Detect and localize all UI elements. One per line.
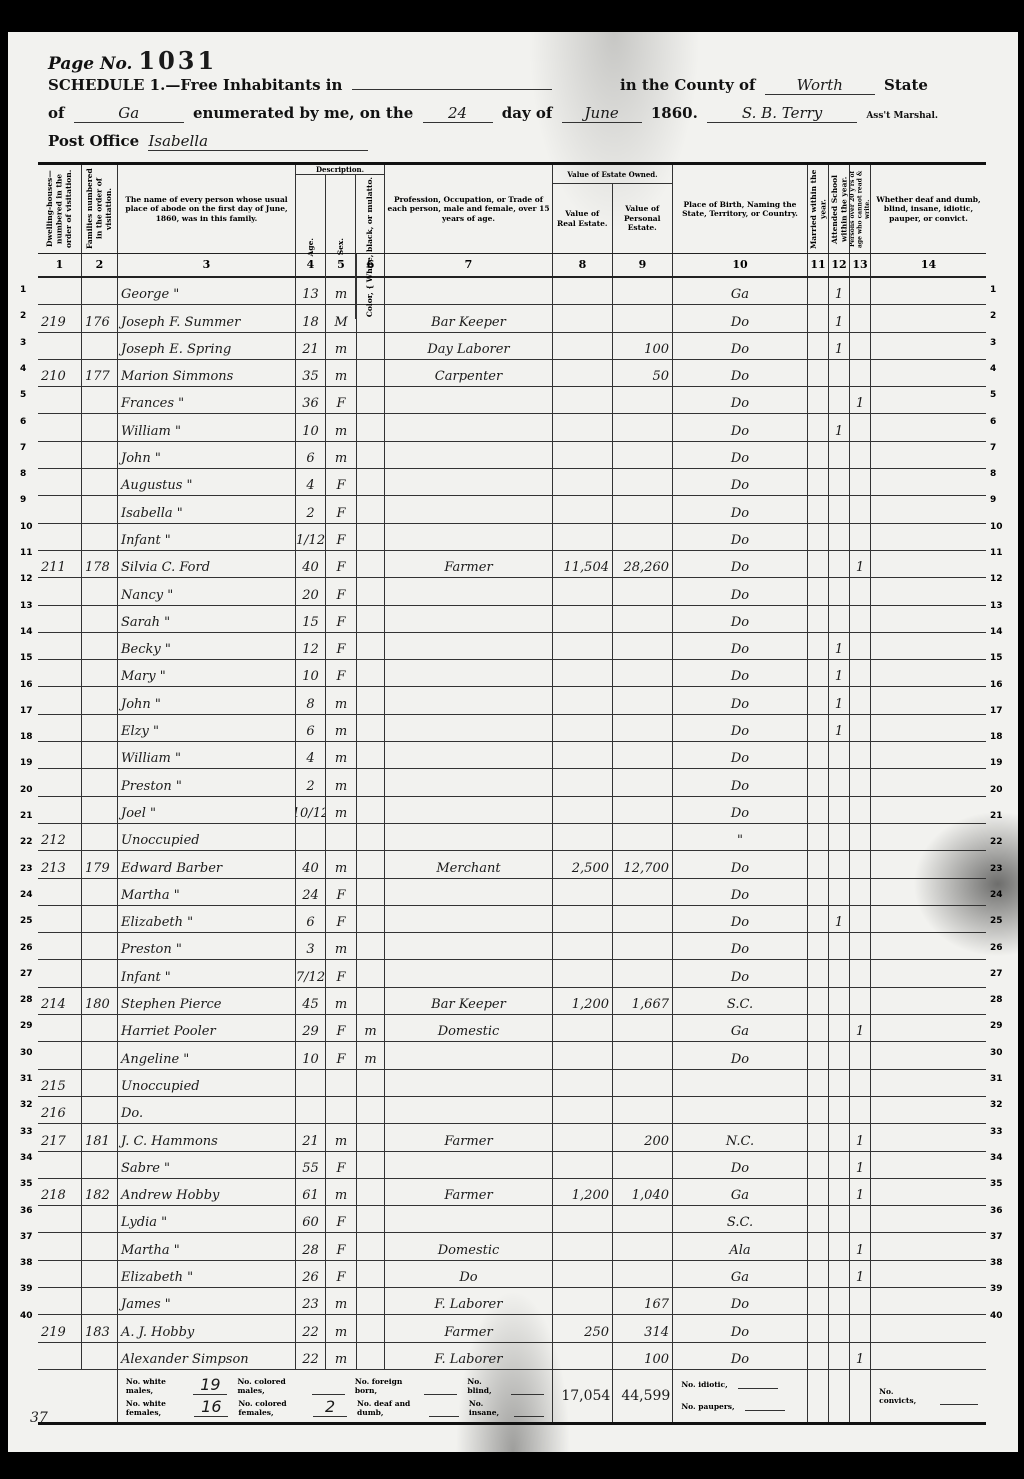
illiterate-cell <box>850 606 871 632</box>
personal-estate-cell <box>613 278 673 304</box>
family-cell <box>82 824 118 850</box>
sex-cell: F <box>326 1261 357 1287</box>
married-cell <box>808 715 829 741</box>
birthplace-cell: S.C. <box>673 988 808 1014</box>
line-number: 40 <box>20 1311 33 1321</box>
school-cell <box>829 578 850 604</box>
family-cell <box>82 960 118 986</box>
line-number: 39 <box>20 1284 33 1294</box>
color-cell: m <box>357 1042 385 1068</box>
table-row: John "8mDo1 <box>38 687 986 714</box>
dwelling-cell <box>38 524 82 550</box>
col-num: 5 <box>326 254 357 276</box>
disability-cell <box>871 305 986 331</box>
occupation-cell: Farmer <box>385 1315 553 1341</box>
occupation-cell <box>385 606 553 632</box>
header-name: The name of every person whose usual pla… <box>118 165 296 253</box>
family-cell <box>82 715 118 741</box>
occupation-cell <box>385 524 553 550</box>
name-cell: Martha " <box>118 879 296 905</box>
birthplace-cell: Do <box>673 414 808 440</box>
line-number: 13 <box>20 601 33 611</box>
illiterate-cell <box>850 333 871 359</box>
col-num: 12 <box>829 254 850 276</box>
occupation-cell <box>385 715 553 741</box>
illiterate-cell <box>850 496 871 522</box>
illiterate-cell: 1 <box>850 1152 871 1178</box>
line-number: 29 <box>990 1021 1003 1031</box>
sex-cell: F <box>326 551 357 577</box>
disability-cell <box>871 797 986 823</box>
school-cell: 1 <box>829 687 850 713</box>
table-row: Sarah "15FDo <box>38 606 986 633</box>
line-number: 7 <box>990 443 996 453</box>
married-cell <box>808 305 829 331</box>
school-cell <box>829 851 850 877</box>
real-estate-cell <box>553 524 613 550</box>
color-cell <box>357 333 385 359</box>
name-cell: Martha " <box>118 1233 296 1259</box>
family-cell <box>82 1206 118 1232</box>
dwelling-cell: 211 <box>38 551 82 577</box>
married-cell <box>808 414 829 440</box>
school-cell <box>829 606 850 632</box>
colored-females-label: No. colored females, <box>238 1399 303 1417</box>
age-cell <box>296 1070 326 1096</box>
state-value: Ga <box>74 104 184 123</box>
birthplace-cell: Ala <box>673 1233 808 1259</box>
blind-count <box>511 1394 544 1395</box>
sex-cell: F <box>326 1206 357 1232</box>
name-cell: Alexander Simpson <box>118 1343 296 1369</box>
occupation-cell: Merchant <box>385 851 553 877</box>
name-cell: Elzy " <box>118 715 296 741</box>
sex-cell: F <box>326 387 357 413</box>
age-cell: 45 <box>296 988 326 1014</box>
line-number: 26 <box>990 943 1003 953</box>
name-cell: Infant " <box>118 960 296 986</box>
name-cell: Joseph E. Spring <box>118 333 296 359</box>
sex-cell: m <box>326 1124 357 1150</box>
color-cell <box>357 1288 385 1314</box>
age-cell: 12 <box>296 633 326 659</box>
sex-cell: m <box>326 687 357 713</box>
school-cell: 1 <box>829 278 850 304</box>
personal-estate-cell: 1,667 <box>613 988 673 1014</box>
name-cell: William " <box>118 414 296 440</box>
real-estate-cell <box>553 742 613 768</box>
occupation-cell <box>385 769 553 795</box>
header-value-estate: Value of Estate Owned. Value of Real Est… <box>553 165 673 253</box>
sex-cell: F <box>326 660 357 686</box>
married-cell <box>808 1233 829 1259</box>
color-cell <box>357 606 385 632</box>
totals-spacer <box>38 1370 118 1422</box>
school-cell <box>829 1179 850 1205</box>
convicts-label: No. convicts, <box>879 1387 930 1405</box>
dwelling-cell <box>38 606 82 632</box>
birthplace-cell: Do <box>673 797 808 823</box>
personal-estate-cell <box>613 442 673 468</box>
family-cell: 178 <box>82 551 118 577</box>
table-row: Elizabeth "6FDo1 <box>38 906 986 933</box>
family-cell <box>82 879 118 905</box>
color-cell <box>357 551 385 577</box>
disability-cell <box>871 442 986 468</box>
birthplace-cell: Do <box>673 1288 808 1314</box>
real-estate-cell <box>553 1070 613 1096</box>
color-cell <box>357 1070 385 1096</box>
occupation-cell <box>385 1206 553 1232</box>
family-cell <box>82 1261 118 1287</box>
disability-cell <box>871 824 986 850</box>
county-line: in the County of Worth State <box>620 76 928 95</box>
color-cell <box>357 1206 385 1232</box>
real-estate-cell <box>553 1343 613 1369</box>
totals-spacer <box>829 1370 850 1422</box>
colored-males-count <box>312 1394 345 1395</box>
occupation-cell <box>385 797 553 823</box>
birthplace-cell: Do <box>673 606 808 632</box>
personal-estate-cell <box>613 1152 673 1178</box>
personal-estate-cell <box>613 797 673 823</box>
age-cell: 61 <box>296 1179 326 1205</box>
white-males-count: 19 <box>193 1375 227 1395</box>
color-cell <box>357 879 385 905</box>
married-cell <box>808 387 829 413</box>
real-estate-cell <box>553 1206 613 1232</box>
disability-cell <box>871 960 986 986</box>
illiterate-cell <box>850 1097 871 1123</box>
disability-cell <box>871 906 986 932</box>
marshal-label: Ass't Marshal. <box>866 111 938 121</box>
table-row: Harriet Pooler29FmDomesticGa1 <box>38 1015 986 1042</box>
name-cell: Becky " <box>118 633 296 659</box>
birthplace-cell: Do <box>673 469 808 495</box>
school-cell: 1 <box>829 333 850 359</box>
married-cell <box>808 742 829 768</box>
color-cell <box>357 469 385 495</box>
sex-cell: m <box>326 715 357 741</box>
family-cell <box>82 496 118 522</box>
school-cell <box>829 1097 850 1123</box>
paupers-label: No. paupers, <box>681 1402 734 1411</box>
color-cell <box>357 1315 385 1341</box>
personal-estate-cell <box>613 1042 673 1068</box>
dwelling-cell <box>38 633 82 659</box>
personal-estate-cell: 100 <box>613 333 673 359</box>
family-cell <box>82 524 118 550</box>
table-row: 210177Marion Simmons35mCarpenter50Do <box>38 360 986 387</box>
line-number: 18 <box>990 732 1003 742</box>
header-family: Families numbered in the order of visita… <box>82 165 118 253</box>
family-cell <box>82 387 118 413</box>
occupation-cell <box>385 906 553 932</box>
illiterate-cell <box>850 1288 871 1314</box>
real-estate-cell <box>553 496 613 522</box>
personal-estate-cell: 167 <box>613 1288 673 1314</box>
personal-estate-cell <box>613 305 673 331</box>
married-cell <box>808 1343 829 1369</box>
illiterate-cell <box>850 305 871 331</box>
school-cell <box>829 960 850 986</box>
county-label: in the County of <box>620 76 756 94</box>
table-row: Joseph E. Spring21mDay Laborer100Do1 <box>38 333 986 360</box>
sex-cell: F <box>326 879 357 905</box>
real-estate-cell <box>553 960 613 986</box>
illiterate-cell <box>850 360 871 386</box>
family-cell <box>82 1070 118 1096</box>
illiterate-cell <box>850 906 871 932</box>
birthplace-cell: Ga <box>673 278 808 304</box>
sex-cell: m <box>326 1288 357 1314</box>
sex-cell <box>326 1097 357 1123</box>
name-cell: John " <box>118 442 296 468</box>
sex-cell: F <box>326 960 357 986</box>
table-row: 214180Stephen Pierce45mBar Keeper1,2001,… <box>38 988 986 1015</box>
day-value: 24 <box>423 104 493 123</box>
col-num: 1 <box>38 254 82 276</box>
name-cell: Isabella " <box>118 496 296 522</box>
table-row: Joel "10/12mDo <box>38 797 986 824</box>
school-cell <box>829 469 850 495</box>
table-row: Infant "7/12FDo <box>38 960 986 987</box>
occupation-cell: Bar Keeper <box>385 988 553 1014</box>
table-row: Nancy "20FDo <box>38 578 986 605</box>
personal-estate-cell <box>613 633 673 659</box>
age-cell: 6 <box>296 715 326 741</box>
birthplace-cell: " <box>673 824 808 850</box>
line-number: 13 <box>990 601 1003 611</box>
name-cell: Frances " <box>118 387 296 413</box>
color-cell <box>357 360 385 386</box>
line-number: 22 <box>20 837 33 847</box>
dwelling-cell <box>38 387 82 413</box>
personal-estate-cell <box>613 469 673 495</box>
column-headers: Dwelling-houses—numbered in the order of… <box>38 165 986 254</box>
birthplace-cell: Do <box>673 851 808 877</box>
personal-estate-cell <box>613 606 673 632</box>
line-number: 36 <box>990 1206 1003 1216</box>
enumerated-label: enumerated by me, on the <box>193 104 413 122</box>
line-number: 25 <box>20 916 33 926</box>
school-cell <box>829 1124 850 1150</box>
occupation-cell: Day Laborer <box>385 333 553 359</box>
personal-estate-cell <box>613 824 673 850</box>
occupation-cell <box>385 960 553 986</box>
family-cell: 177 <box>82 360 118 386</box>
line-number: 32 <box>990 1100 1003 1110</box>
personal-estate-cell <box>613 933 673 959</box>
name-cell: Silvia C. Ford <box>118 551 296 577</box>
personal-estate-cell <box>613 496 673 522</box>
personal-estate-cell <box>613 960 673 986</box>
table-row: Lydia "60FS.C. <box>38 1206 986 1233</box>
line-number: 17 <box>990 706 1003 716</box>
table-row: William "4mDo <box>38 742 986 769</box>
school-cell <box>829 1015 850 1041</box>
real-estate-cell <box>553 824 613 850</box>
dwelling-cell <box>38 715 82 741</box>
line-number: 38 <box>990 1258 1003 1268</box>
real-estate-cell: 1,200 <box>553 1179 613 1205</box>
illiterate-cell <box>850 742 871 768</box>
age-cell <box>296 1097 326 1123</box>
line-number: 32 <box>20 1100 33 1110</box>
table-row: Martha "28FDomesticAla1 <box>38 1233 986 1260</box>
illiterate-cell <box>850 1315 871 1341</box>
color-cell <box>357 933 385 959</box>
insane-label: No. insane, <box>469 1399 504 1417</box>
name-cell: William " <box>118 742 296 768</box>
birthplace-cell: Do <box>673 1042 808 1068</box>
age-cell: 23 <box>296 1288 326 1314</box>
real-estate-cell <box>553 906 613 932</box>
disability-cell <box>871 660 986 686</box>
personal-estate-cell <box>613 578 673 604</box>
table-row: Sabre "55FDo1 <box>38 1152 986 1179</box>
disability-cell <box>871 1070 986 1096</box>
illiterate-cell <box>850 879 871 905</box>
col-num: 11 <box>808 254 829 276</box>
disability-cell <box>871 387 986 413</box>
birthplace-cell: Do <box>673 633 808 659</box>
dwelling-cell: 214 <box>38 988 82 1014</box>
dwelling-cell <box>38 1343 82 1369</box>
dwelling-cell <box>38 1261 82 1287</box>
page-label: Page No. <box>48 54 132 74</box>
real-estate-cell <box>553 305 613 331</box>
sex-cell: m <box>326 1343 357 1369</box>
real-estate-cell <box>553 578 613 604</box>
personal-estate-cell <box>613 1097 673 1123</box>
line-number: 26 <box>20 943 33 953</box>
disability-cell <box>871 1315 986 1341</box>
married-cell <box>808 906 829 932</box>
real-estate-cell <box>553 442 613 468</box>
occupation-cell: Bar Keeper <box>385 305 553 331</box>
personal-estate-cell <box>613 524 673 550</box>
real-estate-cell <box>553 1261 613 1287</box>
col-num: 2 <box>82 254 118 276</box>
line-number: 8 <box>990 469 996 479</box>
occupation-cell <box>385 469 553 495</box>
school-cell <box>829 824 850 850</box>
sex-cell: F <box>326 524 357 550</box>
age-cell: 15 <box>296 606 326 632</box>
occupation-cell: F. Laborer <box>385 1343 553 1369</box>
personal-estate-cell <box>613 387 673 413</box>
census-page: Page No. 1031 SCHEDULE 1.—Free Inhabitan… <box>8 32 1018 1452</box>
real-estate-cell: 250 <box>553 1315 613 1341</box>
family-cell <box>82 660 118 686</box>
sex-cell: m <box>326 851 357 877</box>
line-number: 31 <box>20 1074 33 1084</box>
real-estate-cell <box>553 660 613 686</box>
illiterate-cell: 1 <box>850 1015 871 1041</box>
table-row: 215Unoccupied <box>38 1070 986 1097</box>
dwelling-cell <box>38 906 82 932</box>
line-number: 16 <box>990 680 1003 690</box>
school-cell: 1 <box>829 305 850 331</box>
disability-cell <box>871 1343 986 1369</box>
name-cell: Sarah " <box>118 606 296 632</box>
occupation-cell <box>385 742 553 768</box>
age-cell: 60 <box>296 1206 326 1232</box>
color-cell <box>357 1179 385 1205</box>
totals-row: No. white males, 19 No. colored males, N… <box>38 1370 986 1422</box>
line-number: 35 <box>990 1179 1003 1189</box>
idiotic-count <box>738 1388 778 1389</box>
age-cell: 4 <box>296 742 326 768</box>
disability-cell <box>871 1288 986 1314</box>
disability-cell <box>871 988 986 1014</box>
illiterate-cell <box>850 414 871 440</box>
year-value: 1860. <box>651 104 698 122</box>
day-of-label: day of <box>502 104 553 122</box>
personal-estate-cell <box>613 1206 673 1232</box>
line-number: 36 <box>20 1206 33 1216</box>
married-cell <box>808 333 829 359</box>
age-cell <box>296 824 326 850</box>
age-cell: 3 <box>296 933 326 959</box>
illiterate-cell <box>850 469 871 495</box>
name-cell: Infant " <box>118 524 296 550</box>
line-number: 22 <box>990 837 1003 847</box>
birthplace-cell: Do <box>673 496 808 522</box>
idiotic-label: No. idiotic, <box>681 1380 727 1389</box>
schedule-title-line: SCHEDULE 1.—Free Inhabitants in <box>48 76 556 94</box>
real-estate-cell <box>553 360 613 386</box>
header-disability: Whether deaf and dumb, blind, insane, id… <box>871 165 986 253</box>
illiterate-cell <box>850 687 871 713</box>
line-number: 1 <box>20 285 26 295</box>
col-num: 4 <box>296 254 326 276</box>
birthplace-cell: Do <box>673 360 808 386</box>
age-cell: 55 <box>296 1152 326 1178</box>
name-cell: George " <box>118 278 296 304</box>
color-cell: m <box>357 1015 385 1041</box>
color-cell <box>357 1152 385 1178</box>
married-cell <box>808 879 829 905</box>
name-cell: Preston " <box>118 769 296 795</box>
personal-estate-cell <box>613 1070 673 1096</box>
family-cell <box>82 414 118 440</box>
birthplace-cell: Do <box>673 524 808 550</box>
married-cell <box>808 496 829 522</box>
age-cell: 13 <box>296 278 326 304</box>
age-cell: 21 <box>296 333 326 359</box>
dwelling-cell <box>38 1206 82 1232</box>
header-dwelling: Dwelling-houses—numbered in the order of… <box>38 165 82 253</box>
line-number: 34 <box>990 1153 1003 1163</box>
school-cell <box>829 879 850 905</box>
color-cell <box>357 660 385 686</box>
occupation-cell <box>385 442 553 468</box>
family-cell <box>82 1015 118 1041</box>
married-cell <box>808 769 829 795</box>
school-cell: 1 <box>829 633 850 659</box>
name-cell: James " <box>118 1288 296 1314</box>
age-cell: 2 <box>296 496 326 522</box>
sex-cell <box>326 824 357 850</box>
line-number: 35 <box>20 1179 33 1189</box>
color-cell <box>357 988 385 1014</box>
line-number: 31 <box>990 1074 1003 1084</box>
dwelling-cell <box>38 960 82 986</box>
county-value: Worth <box>765 76 875 95</box>
name-cell: John " <box>118 687 296 713</box>
